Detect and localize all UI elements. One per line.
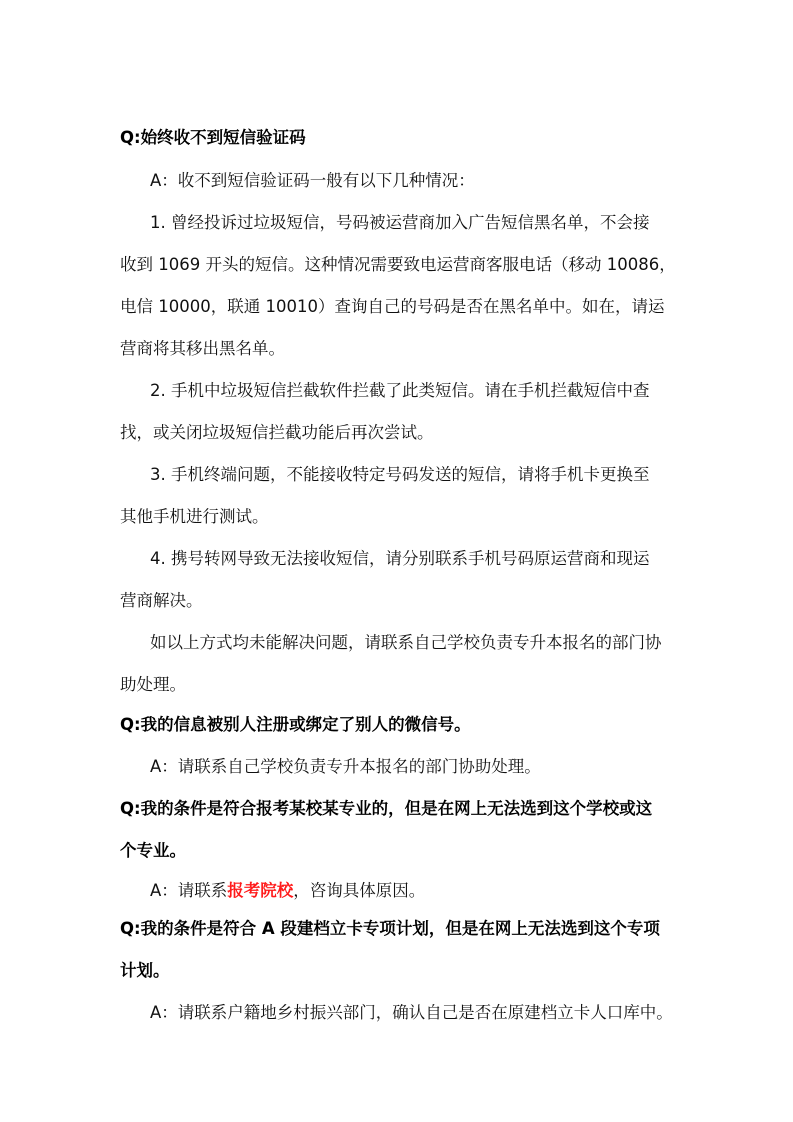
answer-item-2-line: 2. 手机中垃圾短信拦截软件拦截了此类短信。请在手机拦截短信中查 — [150, 380, 706, 402]
answer-item-3-line: 其他手机进行测试。 — [120, 506, 676, 528]
question-heading: Q:我的信息被别人注册或绑定了别人的微信号。 — [120, 714, 676, 736]
answer-item-3-line: 3. 手机终端问题，不能接收特定号码发送的短信，请将手机卡更换至 — [150, 464, 706, 486]
answer-text: A：请联系户籍地乡村振兴部门，确认自己是否在原建档立卡人口库中。 — [150, 1002, 706, 1024]
answer-item-1-line: 1. 曾经投诉过垃圾短信，号码被运营商加入广告短信黑名单，不会接 — [150, 212, 706, 234]
question-heading: Q:我的条件是符合 A 段建档立卡专项计划，但是在网上无法选到这个专项 — [120, 918, 676, 940]
question-heading: 个专业。 — [120, 840, 676, 862]
answer-item-1-line: 电信 10000，联通 10010）查询自己的号码是否在黑名单中。如在，请运 — [120, 296, 676, 318]
answer-prefix: A：请联系 — [150, 881, 227, 900]
answer-closing-line: 助处理。 — [120, 674, 676, 696]
answer-intro: A：收不到短信验证码一般有以下几种情况： — [150, 170, 706, 192]
answer-text: A：请联系报考院校，咨询具体原因。 — [150, 880, 706, 902]
answer-item-1-line: 营商将其移出黑名单。 — [120, 338, 676, 360]
answer-item-4-line: 营商解决。 — [120, 590, 676, 612]
answer-item-1-line: 收到 1069 开头的短信。这种情况需要致电运营商客服电话（移动 10086， — [120, 254, 676, 276]
highlight-text: 报考院校 — [227, 881, 293, 900]
answer-suffix: ，咨询具体原因。 — [293, 881, 425, 900]
answer-closing-line: 如以上方式均未能解决问题，请联系自己学校负责专升本报名的部门协 — [150, 632, 706, 654]
question-heading: Q:我的条件是符合报考某校某专业的，但是在网上无法选到这个学校或这 — [120, 798, 676, 820]
answer-item-4-line: 4. 携号转网导致无法接收短信，请分别联系手机号码原运营商和现运 — [150, 548, 706, 570]
answer-item-2-line: 找，或关闭垃圾短信拦截功能后再次尝试。 — [120, 422, 676, 444]
question-heading: 计划。 — [120, 960, 676, 982]
answer-text: A：请联系自己学校负责专升本报名的部门协助处理。 — [150, 756, 706, 778]
question-heading: Q:始终收不到短信验证码 — [120, 127, 676, 149]
